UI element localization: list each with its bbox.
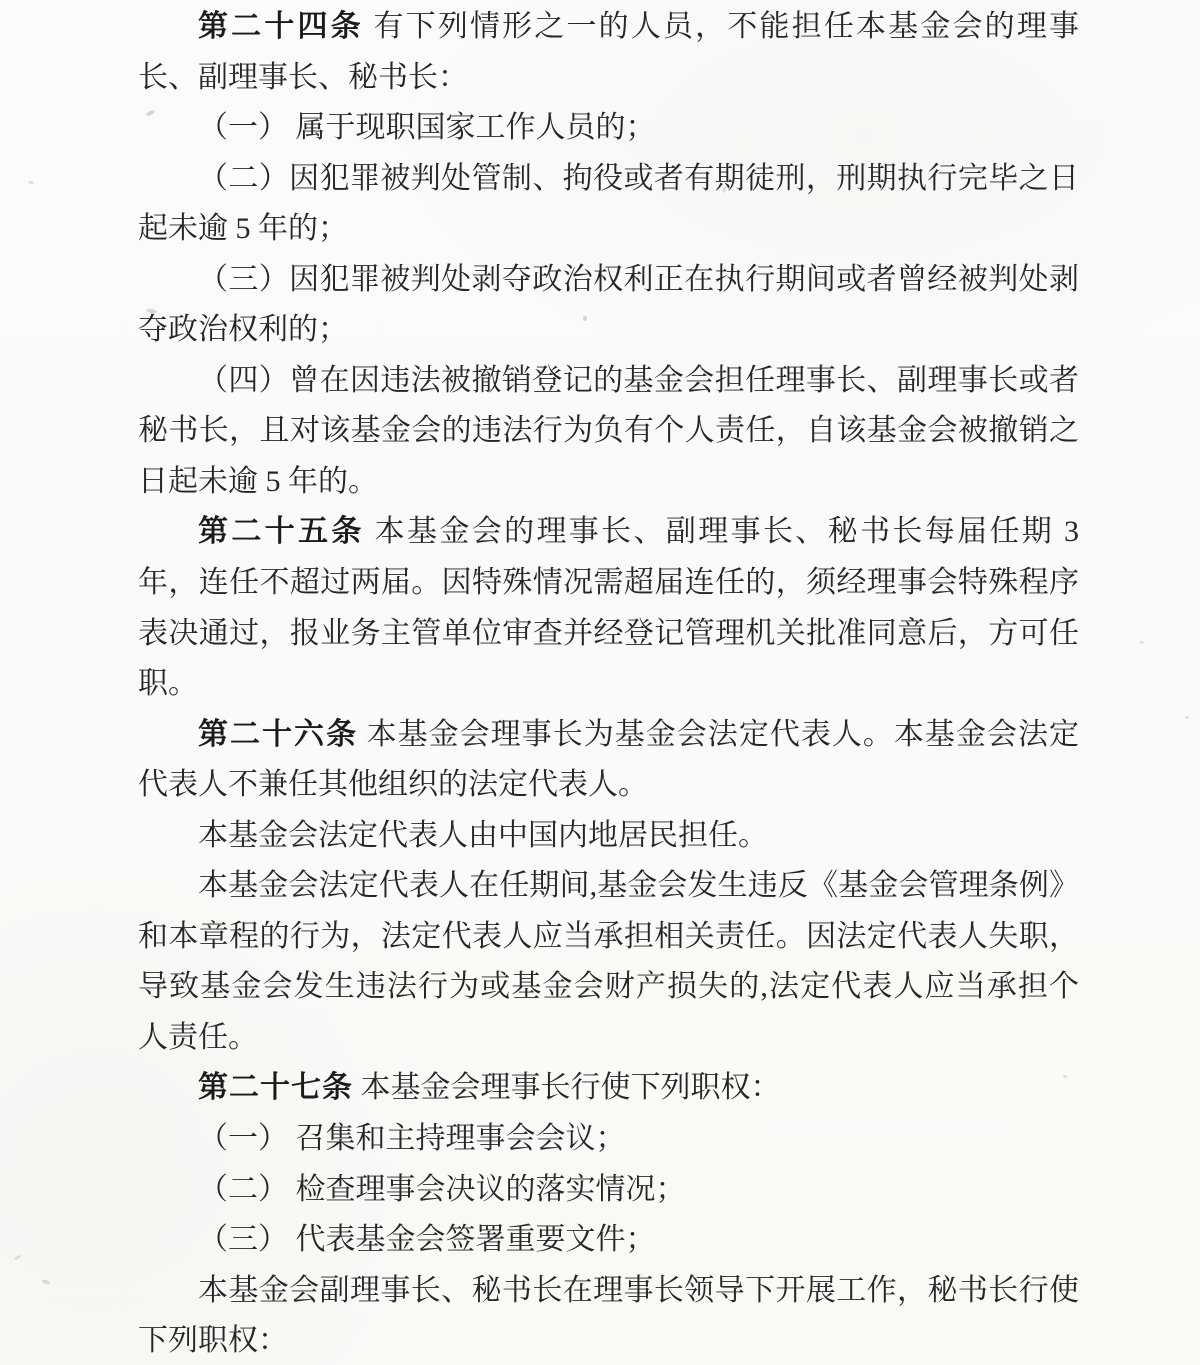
text-line: 本基金会法定代表人在任期间,基金会发生违反《基金会管理条例》 (138, 861, 1079, 912)
scanned-document-page: { "page": { "colors": { "paper": "#fbfaf… (0, 0, 1200, 1365)
document-body: 第二十四条 有下列情形之一的人员，不能担任本基金会的理事长、副理事长、秘书长：（… (138, 2, 1079, 1365)
text-line: 本基金会副理事长、秘书长在理事长领导下开展工作，秘书长行使 (138, 1266, 1079, 1317)
article-number: 第二十五条 (198, 515, 365, 548)
text-line: 人责任。 (138, 1013, 1079, 1064)
article-heading-line: 第二十六条 本基金会理事长为基金会法定代表人。本基金会法定 (138, 710, 1079, 761)
article-number: 第二十六条 (198, 718, 358, 751)
text-line: 日起未逾 5 年的。 (138, 457, 1079, 508)
article-number: 第二十七条 (198, 1071, 353, 1104)
text-line: （四）曾在因违法被撤销登记的基金会担任理事长、副理事长或者 (138, 356, 1079, 407)
scan-speck (14, 1254, 22, 1260)
text-line: 起未逾 5 年的； (138, 204, 1079, 255)
article-heading-line: 第二十五条 本基金会的理事长、副理事长、秘书长每届任期 3 (138, 507, 1079, 558)
text-line: （三）因犯罪被判处剥夺政治权利正在执行期间或者曾经被判处剥 (138, 255, 1079, 306)
text-line: （二） 检查理事会决议的落实情况； (138, 1165, 1079, 1216)
text-line: 年，连任不超过两届。因特殊情况需超届连任的，须经理事会特殊程序 (138, 558, 1079, 609)
text-line: 导致基金会发生违法行为或基金会财产损失的,法定代表人应当承担个 (138, 962, 1079, 1013)
article-heading-line: 第二十七条 本基金会理事长行使下列职权： (138, 1063, 1079, 1114)
text-line: 表决通过，报业务主管单位审查并经登记管理机关批准同意后，方可任 (138, 609, 1079, 660)
text-line: （一） 属于现职国家工作人员的； (138, 103, 1079, 154)
scan-speck (1139, 641, 1144, 644)
text-line: 和本章程的行为，法定代表人应当承担相关责任。因法定代表人失职， (138, 912, 1079, 963)
scan-speck (42, 1279, 51, 1285)
text-line: 代表人不兼任其他组织的法定代表人。 (138, 760, 1079, 811)
text-line: 职。 (138, 659, 1079, 710)
text-line: （三） 代表基金会签署重要文件； (138, 1215, 1079, 1266)
text-line: （一） 召集和主持理事会会议； (138, 1114, 1079, 1165)
article-number: 第二十四条 (198, 10, 364, 43)
text-line: 本基金会法定代表人由中国内地居民担任。 (138, 811, 1079, 862)
text-line: 长、副理事长、秘书长： (138, 53, 1079, 104)
scan-speck (1185, 716, 1189, 719)
scan-speck (28, 181, 34, 184)
text-line: （二）因犯罪被判处管制、拘役或者有期徒刑，刑期执行完毕之日 (138, 154, 1079, 205)
text-line: 秘书长，且对该基金会的违法行为负有个人责任，自该基金会被撤销之 (138, 406, 1079, 457)
text-line: 下列职权： (138, 1316, 1079, 1365)
article-heading-line: 第二十四条 有下列情形之一的人员，不能担任本基金会的理事 (138, 2, 1079, 53)
text-line: 夺政治权利的； (138, 305, 1079, 356)
